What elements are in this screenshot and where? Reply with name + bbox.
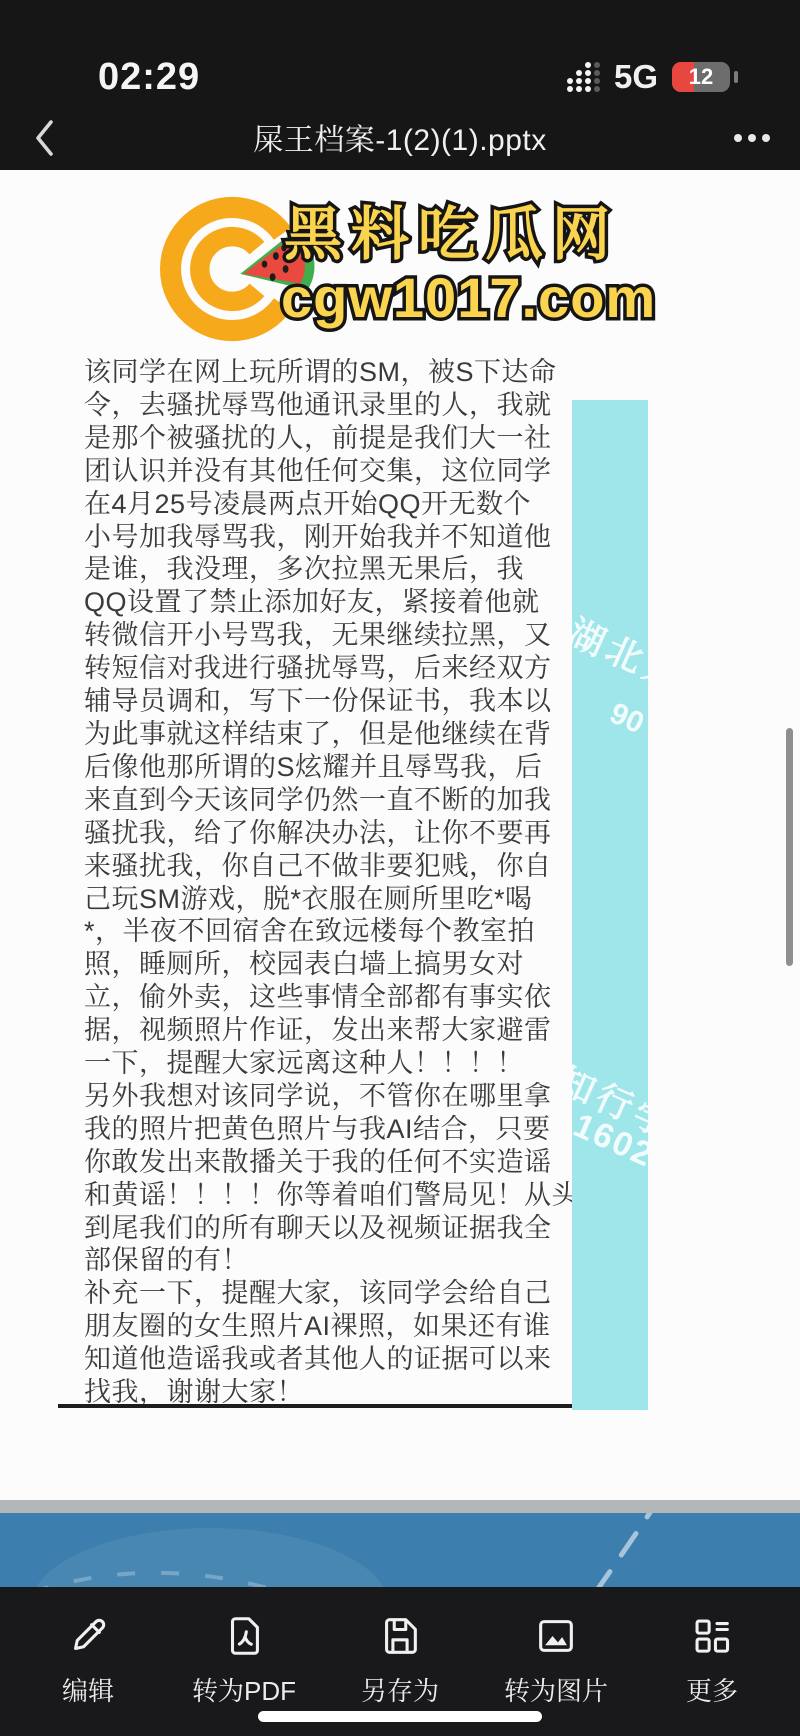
home-indicator[interactable] bbox=[258, 1711, 542, 1722]
document-page: 黑料吃瓜网 cgw1017.com 该同学在网上玩所谓的SM，被S下达命 令，去… bbox=[0, 170, 800, 1500]
brand-site-url: cgw1017.com bbox=[281, 270, 656, 326]
nav-bar: 屎王档案-1(2)(1).pptx bbox=[0, 104, 800, 170]
cellular-signal-icon bbox=[567, 62, 600, 92]
pencil-icon bbox=[65, 1613, 111, 1659]
page-gap bbox=[0, 1500, 800, 1513]
grid-more-icon bbox=[689, 1613, 735, 1659]
battery-cap bbox=[734, 71, 738, 83]
teal-highlight-bar: 湖北大 90 知行学 160234 bbox=[572, 400, 648, 1410]
tool-label: 更多 bbox=[686, 1671, 738, 1708]
edit-button[interactable]: 编辑 bbox=[40, 1613, 136, 1736]
network-type-label: 5G bbox=[614, 58, 658, 96]
status-indicators: 5G 12 bbox=[567, 58, 738, 96]
pdf-file-icon bbox=[221, 1613, 267, 1659]
battery-icon: 12 bbox=[672, 62, 730, 92]
more-tools-button[interactable]: 更多 bbox=[664, 1613, 760, 1736]
save-icon bbox=[377, 1613, 423, 1659]
time-text: 02:29 bbox=[98, 56, 200, 99]
battery-percent: 12 bbox=[672, 62, 730, 92]
diagonal-watermark-top-number: 90 bbox=[605, 697, 648, 742]
back-button[interactable] bbox=[22, 114, 66, 162]
slide-bottom-rule bbox=[58, 1404, 572, 1408]
scrollbar-thumb[interactable] bbox=[786, 728, 793, 966]
tool-label: 另存为 bbox=[361, 1671, 439, 1708]
image-icon bbox=[533, 1613, 579, 1659]
tool-label: 编辑 bbox=[62, 1671, 114, 1708]
phone-screen: 02:29 5G 12 屎王档案-1(2)(1).pptx bbox=[0, 0, 800, 1736]
brand-site-name: 黑料吃瓜网 bbox=[284, 206, 619, 264]
status-bar: 02:29 5G 12 bbox=[0, 50, 800, 104]
more-menu-button[interactable] bbox=[730, 120, 774, 156]
ellipsis-icon bbox=[734, 134, 742, 142]
tool-label: 转为图片 bbox=[504, 1671, 608, 1708]
chevron-left-icon bbox=[32, 117, 56, 159]
next-slide-preview bbox=[0, 1513, 800, 1587]
tool-label: 转为PDF bbox=[192, 1671, 296, 1708]
slide-body-text: 该同学在网上玩所谓的SM，被S下达命 令，去骚扰辱骂他通讯录里的人，我就 是那个… bbox=[84, 356, 586, 1408]
diagonal-watermark-top-text: 湖北大 bbox=[572, 605, 648, 702]
document-title: 屎王档案-1(2)(1).pptx bbox=[253, 115, 547, 159]
